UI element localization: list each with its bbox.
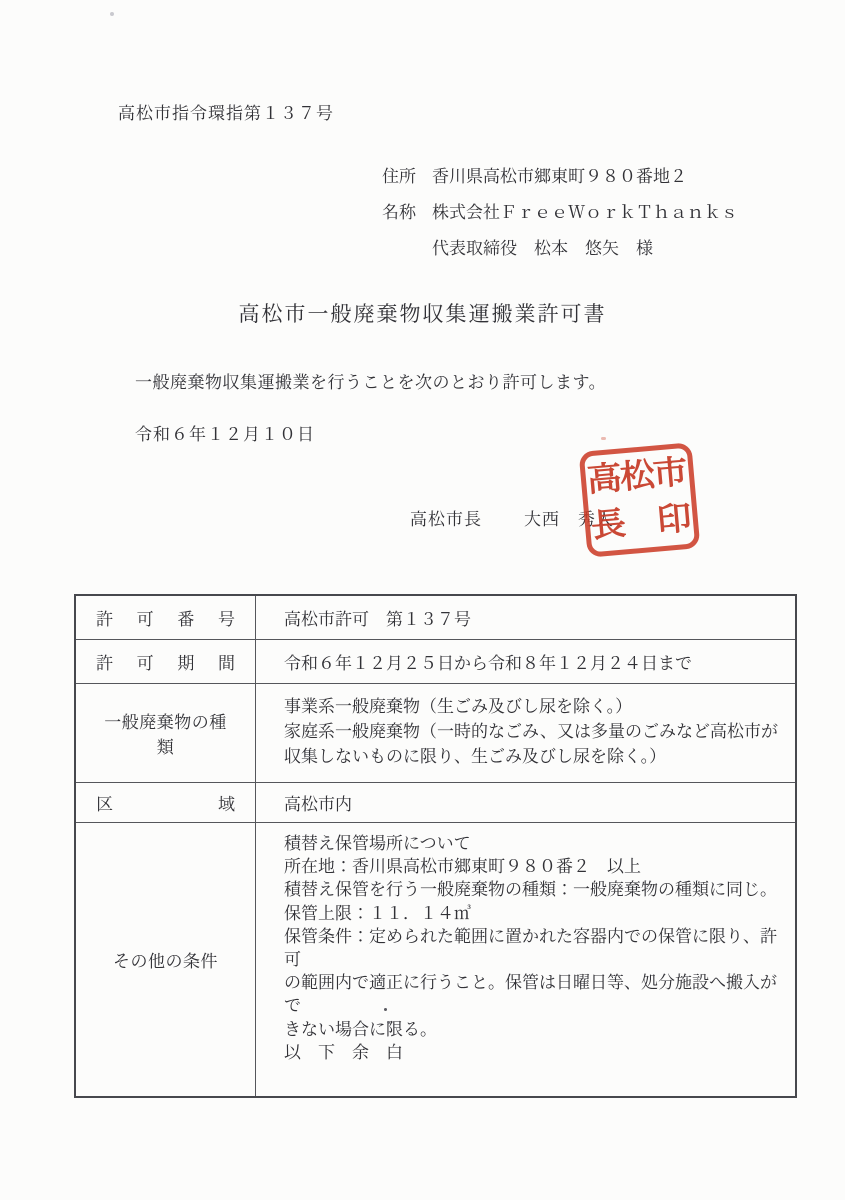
address-label: 住所: [382, 159, 416, 195]
seal-char: 市: [652, 456, 689, 492]
scan-artifact-dot: [110, 12, 114, 16]
address-value: 香川県高松市郷東町９８０番地２: [432, 159, 687, 195]
table-label-area: 区域: [76, 782, 255, 822]
scan-artifact-dot: [387, 1021, 390, 1024]
seal-char: 印: [656, 502, 693, 538]
representative-name: 松本 悠矢: [534, 231, 619, 267]
scan-artifact-smudge: [601, 437, 606, 440]
issuer-title: 高松市長: [410, 505, 482, 530]
table-value-permit-number: 高松市許可 第１３７号: [255, 596, 795, 639]
seal-char: 長: [590, 508, 627, 544]
table-value-other-conditions: 積替え保管場所について 所在地：香川県高松市郷東町９８０番２ 以上 積替え保管を…: [255, 822, 795, 1096]
recipient-name-line: 名称株式会社ＦｒｅｅＷｏｒｋＴｈａｎｋｓ: [382, 195, 738, 231]
permit-details-table: 許可番号 高松市許可 第１３７号 許可期間 令和６年１２月２５日から令和８年１２…: [74, 594, 797, 1098]
issue-date: 令和６年１２月１０日: [135, 420, 315, 445]
mayor-official-seal: 高 松 市 長 印: [579, 442, 701, 557]
seal-char: 高: [586, 462, 623, 498]
reference-number: 高松市指令環指第１３７号: [118, 99, 334, 124]
document-title: 高松市一般廃棄物収集運搬業許可書: [0, 298, 845, 328]
table-value-waste-types: 事業系一般廃棄物（生ごみ及びし尿を除く。） 家庭系一般廃棄物（一時的なごみ、又は…: [255, 683, 795, 782]
honorific: 様: [636, 231, 653, 267]
permission-statement: 一般廃棄物収集運搬業を行うことを次のとおり許可します。: [135, 368, 606, 393]
recipient-block: 住所香川県高松市郷東町９８０番地２ 名称株式会社ＦｒｅｅＷｏｒｋＴｈａｎｋｓ 代…: [382, 159, 738, 267]
table-label-waste-types: 一般廃棄物の種類: [76, 683, 255, 782]
table-label-permit-number: 許可番号: [76, 596, 255, 639]
table-value-area: 高松市内: [255, 782, 795, 822]
company-name-value: 株式会社ＦｒｅｅＷｏｒｋＴｈａｎｋｓ: [432, 195, 738, 231]
table-label-other-conditions: その他の条件: [76, 822, 255, 1096]
company-name-label: 名称: [382, 195, 416, 231]
permit-document-page: 高松市指令環指第１３７号 住所香川県高松市郷東町９８０番地２ 名称株式会社Ｆｒｅ…: [0, 0, 845, 1200]
seal-char: 松: [619, 459, 656, 495]
recipient-address-line: 住所香川県高松市郷東町９８０番地２: [382, 159, 738, 195]
representative-title: 代表取締役: [432, 231, 517, 267]
scan-artifact-dot: [384, 1008, 387, 1011]
recipient-representative-line: 代表取締役松本 悠矢様: [432, 231, 738, 267]
table-label-permit-period: 許可期間: [76, 639, 255, 683]
table-value-permit-period: 令和６年１２月２５日から令和８年１２月２４日まで: [255, 639, 795, 683]
